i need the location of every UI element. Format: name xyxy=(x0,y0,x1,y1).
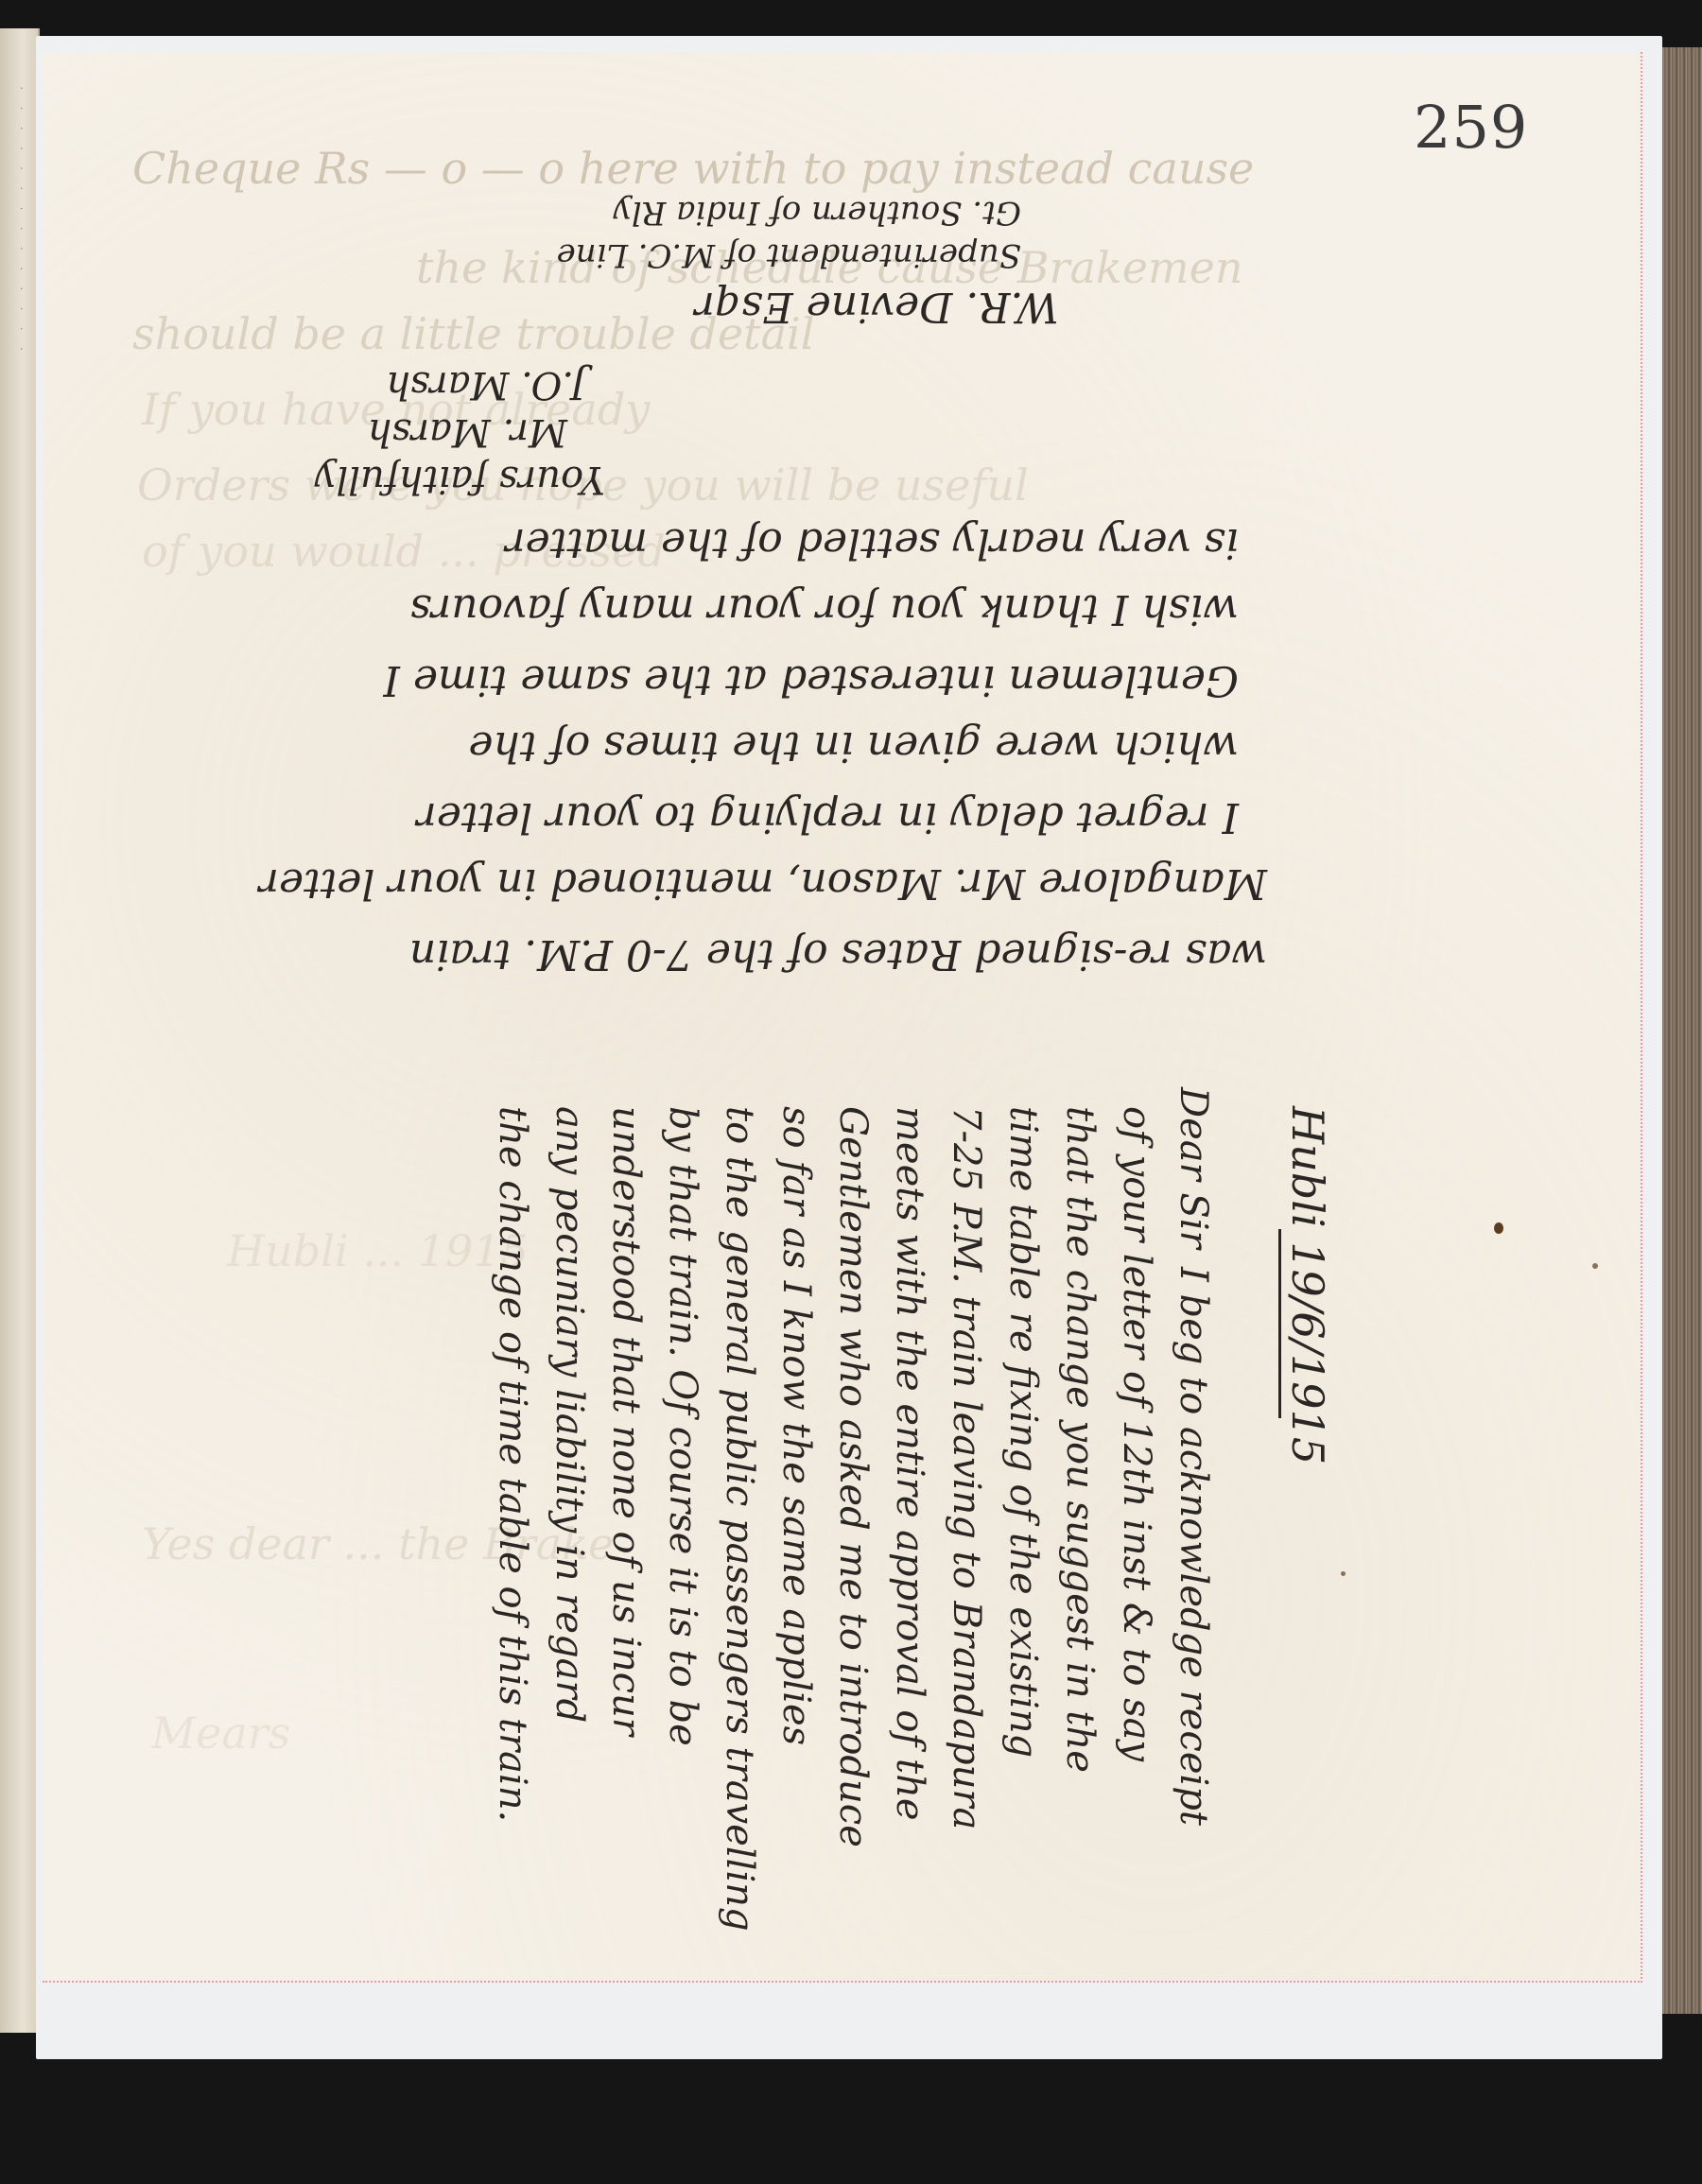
inverted-note-line: Gt. Southern of India Rly xyxy=(614,194,1021,232)
inverted-note-line: was re-signed Rates of the 7-0 P.M. trai… xyxy=(409,930,1267,979)
inverted-note-line: I regret delay in replying to your lette… xyxy=(417,793,1239,841)
letter-body-line: time table re fixing of the existing xyxy=(1001,1106,1045,1758)
letter-date: Hubli 19/6/1915 xyxy=(1282,1106,1333,1465)
page-number: 259 xyxy=(1414,93,1528,162)
inverted-note-line: Superintendent of M.C. Line xyxy=(557,236,1021,274)
foxing-spot xyxy=(1341,1571,1346,1576)
spine-stamp: . . . . . . . . . . . . . . xyxy=(6,85,28,747)
letter-body-line: Gentlemen who asked me to introduce xyxy=(831,1106,875,1847)
letter-body-line: so far as I know the same applies xyxy=(774,1106,818,1745)
letter-body-line: the change of time table of this train. xyxy=(491,1106,534,1822)
foxing-spot xyxy=(1494,1222,1503,1234)
rotated-letter: Hubli 19/6/1915 Dear Sir I beg to acknow… xyxy=(284,1087,1324,1938)
inverted-note-line: J.O. Marsh xyxy=(386,363,586,407)
letter-body-line: I beg to acknowledge receipt xyxy=(1172,1267,1215,1826)
date-underline xyxy=(1278,1229,1281,1418)
bleed-through-line: Cheque Rs — o — o here with to pay inste… xyxy=(132,147,1254,190)
inverted-note: W.R. Devine Esqr Superintendent of M.C. … xyxy=(151,189,1551,1021)
inverted-note-line: Gentlemen interested at the same time I xyxy=(384,656,1239,704)
letter-body-line: 7-25 P.M. train leaving to Brandapura xyxy=(945,1106,988,1829)
book-right-edge xyxy=(1657,47,1702,2014)
letter-body-line: to the general public passengers travell… xyxy=(718,1106,761,1932)
inverted-note-line: which were given in the times of the xyxy=(468,722,1239,771)
book-left-edge: . . . . . . . . . . . . . . xyxy=(0,28,40,2033)
letter-salutation: Dear Sir xyxy=(1172,1087,1215,1249)
inverted-note-line: Mangalore Mr. Mason, mentioned in your l… xyxy=(259,859,1267,908)
letter-body-line: that the change you suggest in the xyxy=(1058,1106,1102,1773)
inverted-note-line: Mr. Marsh xyxy=(368,410,567,454)
inverted-note-line: W.R. Devine Esqr xyxy=(695,283,1059,331)
inverted-note-line: wish I thank you for your many favours xyxy=(410,585,1239,633)
inverted-note-line: Yours faithfully xyxy=(315,458,605,501)
bleed-through-line: Mears xyxy=(151,1711,290,1755)
letter-body-line: understood that none of us incur xyxy=(604,1106,648,1736)
letter-body-line: meets with the entire approval of the xyxy=(888,1106,931,1821)
foxing-spot xyxy=(1592,1263,1598,1269)
letter-body-line: any pecuniary liability in regard xyxy=(547,1106,591,1723)
inverted-note-line: is very nearly settled of the matter xyxy=(506,519,1239,567)
letter-body-line: by that train. Of course it is to be xyxy=(661,1106,704,1746)
letter-body-line: of your letter of 12th inst & to say xyxy=(1115,1106,1158,1761)
